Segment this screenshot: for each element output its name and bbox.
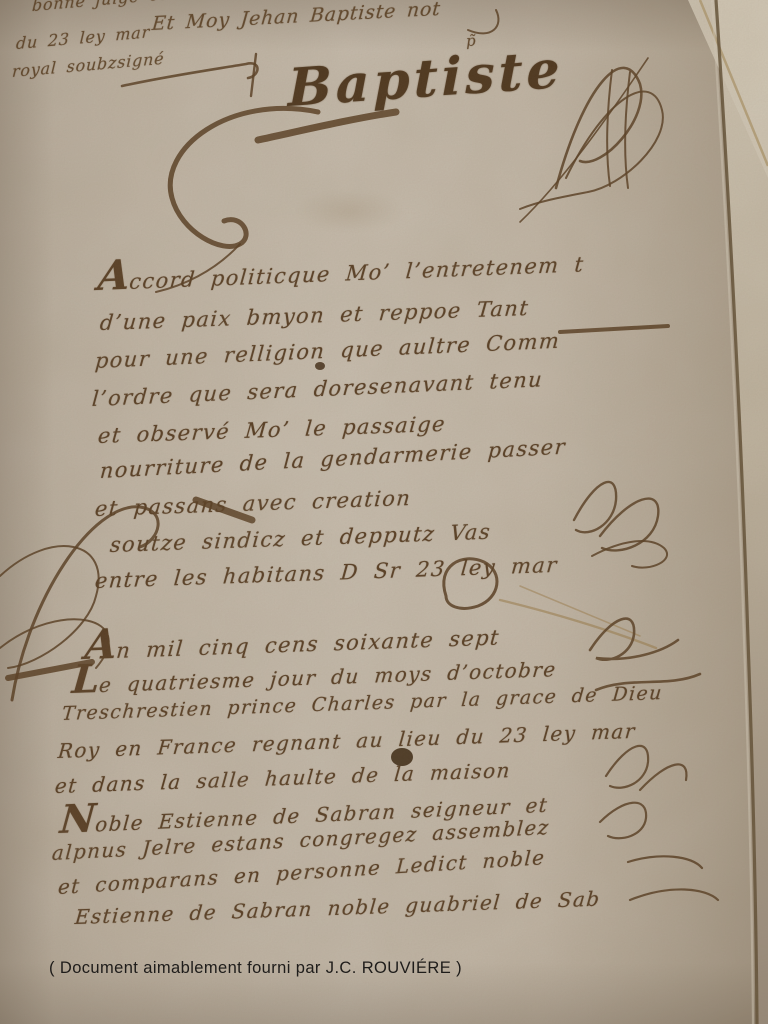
signature-paraph [607, 70, 630, 188]
manuscript-line: et passans avec creation [94, 486, 412, 521]
line-end-paraph [574, 482, 616, 532]
header-stroke [251, 54, 256, 96]
line-end-paraph [600, 499, 658, 551]
header-line: royal soubzsigné [11, 49, 164, 81]
faded-hatch [500, 600, 656, 648]
page-edge-line [716, 0, 757, 1024]
caption-text: ( Document aimablement fourni par J.C. R… [49, 959, 462, 978]
manuscript-line: Roy en France regnant au lieu du 23 ley … [57, 719, 637, 763]
corner-edge-line [700, 0, 768, 166]
signature-baptiste: Baptiste [288, 39, 563, 119]
manuscript-line: l’ordre que sera doresenavant tenu [91, 367, 544, 411]
line-end-paraph [600, 803, 646, 839]
manuscript-photo: bonne juigé conv du 23 ley mar Et Moy Je… [0, 0, 768, 1024]
ink-smudge [290, 188, 410, 234]
header-line: Et Moy Jehan Baptiste not [151, 0, 442, 35]
manuscript-line: Accord politicque Mo’ l’entretenem t [97, 243, 587, 295]
line-end-paraph [606, 746, 648, 788]
page-edge-highlight [712, 0, 753, 1024]
manuscript-line: d’une paix bmyon et reppoe Tant [99, 296, 530, 335]
line-end-paraph [590, 619, 678, 660]
line-end-tail [628, 856, 702, 868]
manuscript-line: entre les habitans D Sr 23 ley mar [94, 553, 559, 593]
corner-page-behind [688, 0, 768, 178]
header-flourish [468, 10, 498, 33]
manuscript-line: soutze sindicz et depputz Vas [109, 520, 492, 557]
signature-paraph [556, 68, 641, 188]
line-end-paraph [592, 541, 667, 568]
manuscript-line: pour une relligion que aultre Comm [94, 329, 561, 373]
signature-paraph [520, 92, 663, 209]
line-end-tail [630, 889, 718, 900]
line-end-dash [560, 326, 668, 332]
adjacent-page [716, 0, 768, 1024]
line-end-paraph [640, 764, 686, 790]
header-line: du 23 ley mar [15, 22, 150, 53]
faded-hatch [520, 586, 640, 636]
